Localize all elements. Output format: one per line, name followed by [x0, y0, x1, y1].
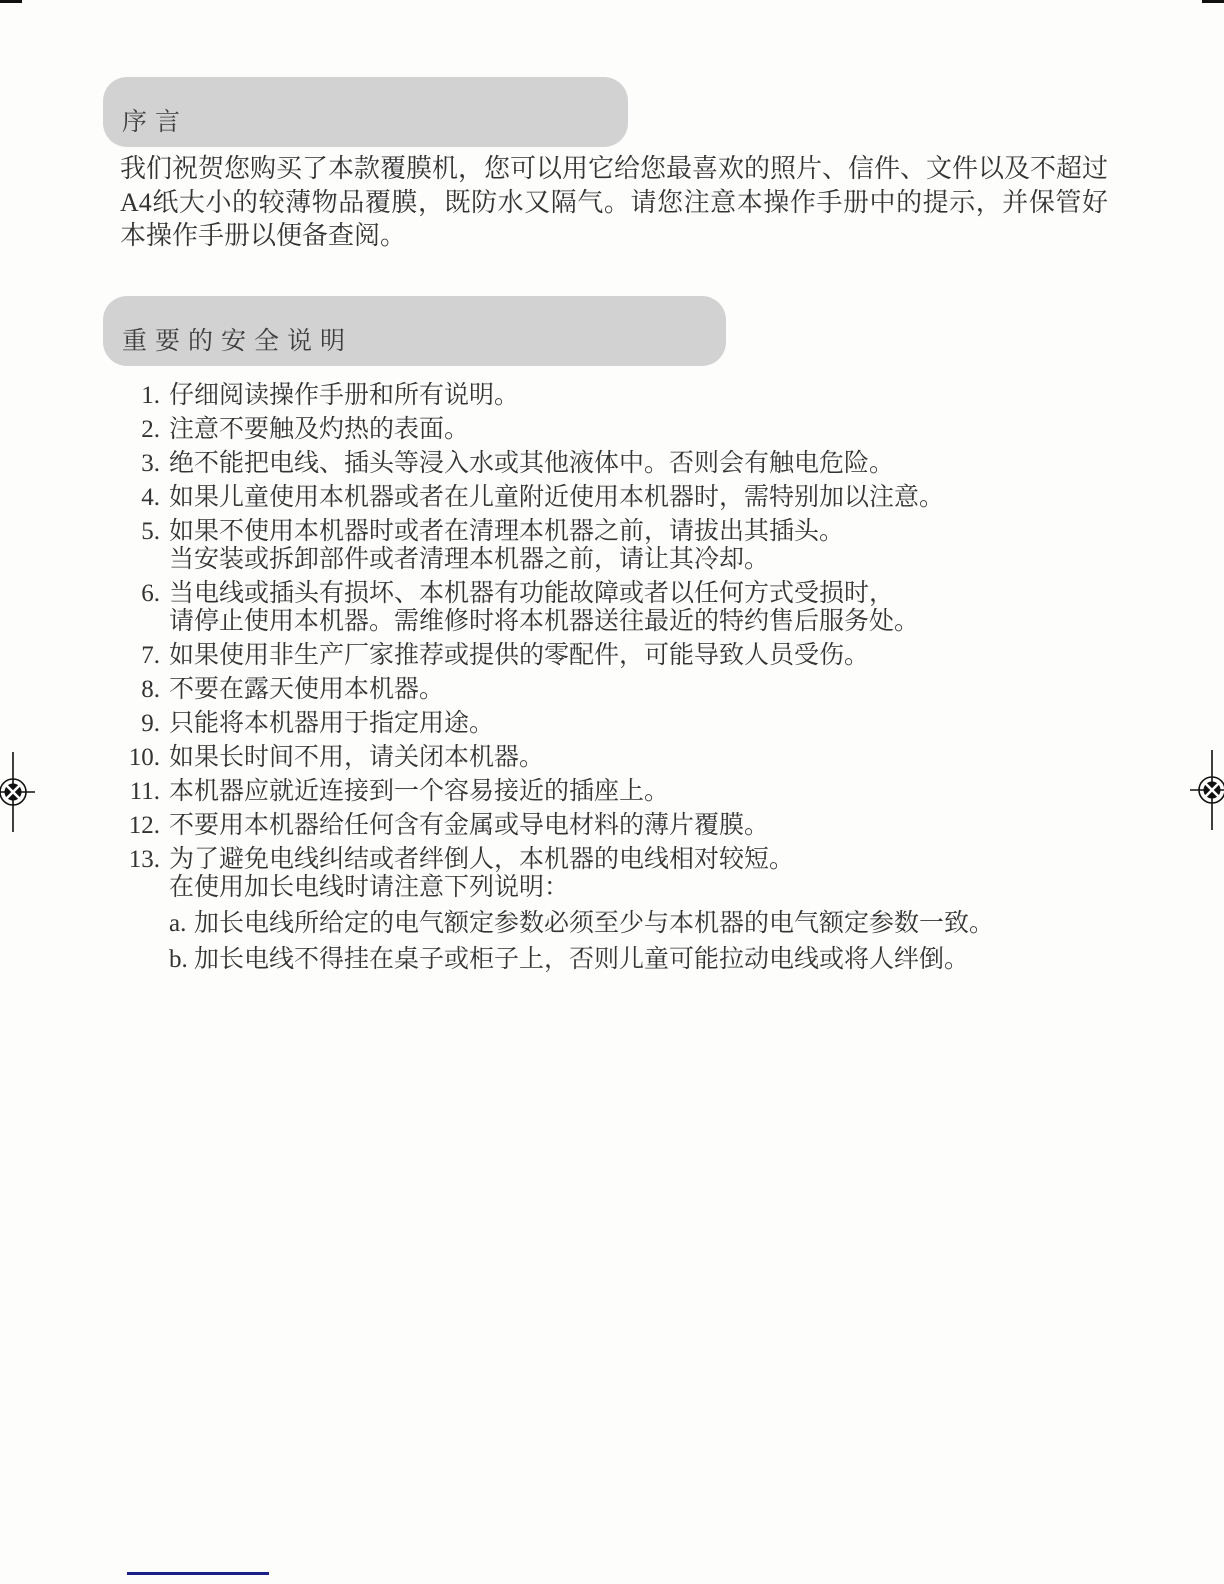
safety-item: 4.如果儿童使用本机器或者在儿童附近使用本机器时，需特别加以注意。 — [120, 484, 1110, 512]
item-line: 本机器应就近连接到一个容易接近的插座上。 — [169, 778, 1110, 806]
item-line: 如果不使用本机器时或者在清理本机器之前，请拔出其插头。 — [169, 518, 1110, 546]
item-text: 只能将本机器用于指定用途。 — [169, 710, 1110, 738]
item-text: 不要在露天使用本机器。 — [169, 676, 1110, 704]
item-text: 为了避免电线纠结或者绊倒人，本机器的电线相对较短。在使用加长电线时请注意下列说明… — [169, 846, 1110, 974]
safety-item: 8.不要在露天使用本机器。 — [120, 676, 1110, 704]
item-text: 当电线或插头有损坏、本机器有功能故障或者以任何方式受损时，请停止使用本机器。需维… — [169, 580, 1110, 636]
safety-section-header: 重要的安全说明 — [103, 296, 726, 366]
subitem-letter: b. — [169, 946, 194, 974]
item-line: 只能将本机器用于指定用途。 — [169, 710, 1110, 738]
item-line: 如果儿童使用本机器或者在儿童附近使用本机器时，需特别加以注意。 — [169, 484, 1110, 512]
safety-item: 12.不要用本机器给任何含有金属或导电材料的薄片覆膜。 — [120, 812, 1110, 840]
safety-item: 2.注意不要触及灼热的表面。 — [120, 416, 1110, 444]
safety-title: 重要的安全说明 — [122, 329, 353, 354]
item-text: 本机器应就近连接到一个容易接近的插座上。 — [169, 778, 1110, 806]
crop-tick-left — [0, 0, 22, 3]
item-line: 绝不能把电线、插头等浸入水或其他液体中。否则会有触电危险。 — [169, 450, 1110, 478]
item-line: 请停止使用本机器。需维修时将本机器送往最近的特约售后服务处。 — [169, 608, 1110, 636]
safety-subitem: b.加长电线不得挂在桌子或柜子上，否则儿童可能拉动电线或将人绊倒。 — [169, 946, 1110, 974]
safety-item: 10.如果长时间不用，请关闭本机器。 — [120, 744, 1110, 772]
item-line: 不要用本机器给任何含有金属或导电材料的薄片覆膜。 — [169, 812, 1110, 840]
safety-item: 9.只能将本机器用于指定用途。 — [120, 710, 1110, 738]
subitem-letter: a. — [169, 910, 194, 938]
preface-paragraph: 我们祝贺您购买了本款覆膜机，您可以用它给您最喜欢的照片、信件、文件以及不超过A4… — [120, 152, 1108, 253]
safety-item: 11.本机器应就近连接到一个容易接近的插座上。 — [120, 778, 1110, 806]
item-text: 如果不使用本机器时或者在清理本机器之前，请拔出其插头。当安装或拆卸部件或者清理本… — [169, 518, 1110, 574]
item-text: 绝不能把电线、插头等浸入水或其他液体中。否则会有触电危险。 — [169, 450, 1110, 478]
item-line: 如果使用非生产厂家推荐或提供的零配件，可能导致人员受伤。 — [169, 642, 1110, 670]
item-text: 如果使用非生产厂家推荐或提供的零配件，可能导致人员受伤。 — [169, 642, 1110, 670]
item-number: 13. — [120, 846, 160, 974]
item-text: 注意不要触及灼热的表面。 — [169, 416, 1110, 444]
registration-mark-icon — [1182, 745, 1224, 835]
safety-instructions-list: 1.仔细阅读操作手册和所有说明。2.注意不要触及灼热的表面。3.绝不能把电线、插… — [120, 382, 1110, 980]
safety-item: 3.绝不能把电线、插头等浸入水或其他液体中。否则会有触电危险。 — [120, 450, 1110, 478]
item-text: 如果儿童使用本机器或者在儿童附近使用本机器时，需特别加以注意。 — [169, 484, 1110, 512]
item-line: 仔细阅读操作手册和所有说明。 — [169, 382, 1110, 410]
item-line: 不要在露天使用本机器。 — [169, 676, 1110, 704]
safety-item: 5.如果不使用本机器时或者在清理本机器之前，请拔出其插头。当安装或拆卸部件或者清… — [120, 518, 1110, 574]
item-number: 7. — [120, 642, 160, 670]
safety-item: 13.为了避免电线纠结或者绊倒人，本机器的电线相对较短。在使用加长电线时请注意下… — [120, 846, 1110, 974]
item-line: 注意不要触及灼热的表面。 — [169, 416, 1110, 444]
item-line: 当安装或拆卸部件或者清理本机器之前，请让其冷却。 — [169, 546, 1110, 574]
item-number: 4. — [120, 484, 160, 512]
subitem-text: 加长电线所给定的电气额定参数必须至少与本机器的电气额定参数一致。 — [194, 910, 1110, 938]
registration-mark-icon — [0, 747, 43, 837]
item-number: 11. — [120, 778, 160, 806]
subitem-text: 加长电线不得挂在桌子或柜子上，否则儿童可能拉动电线或将人绊倒。 — [194, 946, 1110, 974]
item-number: 5. — [120, 518, 160, 574]
manual-page: 序言 我们祝贺您购买了本款覆膜机，您可以用它给您最喜欢的照片、信件、文件以及不超… — [0, 0, 1224, 1584]
item-number: 9. — [120, 710, 160, 738]
safety-item: 1.仔细阅读操作手册和所有说明。 — [120, 382, 1110, 410]
safety-item: 6.当电线或插头有损坏、本机器有功能故障或者以任何方式受损时，请停止使用本机器。… — [120, 580, 1110, 636]
safety-subitem: a.加长电线所给定的电气额定参数必须至少与本机器的电气额定参数一致。 — [169, 910, 1110, 938]
item-line: 在使用加长电线时请注意下列说明： — [169, 874, 1110, 902]
item-text: 如果长时间不用，请关闭本机器。 — [169, 744, 1110, 772]
item-text: 不要用本机器给任何含有金属或导电材料的薄片覆膜。 — [169, 812, 1110, 840]
item-line: 为了避免电线纠结或者绊倒人，本机器的电线相对较短。 — [169, 846, 1110, 874]
footer-rule — [127, 1572, 269, 1575]
preface-section-header: 序言 — [103, 77, 628, 147]
item-number: 2. — [120, 416, 160, 444]
item-number: 3. — [120, 450, 160, 478]
crop-tick-right — [1202, 0, 1224, 3]
item-line: 当电线或插头有损坏、本机器有功能故障或者以任何方式受损时， — [169, 580, 1110, 608]
item-number: 1. — [120, 382, 160, 410]
item-number: 10. — [120, 744, 160, 772]
item-number: 8. — [120, 676, 160, 704]
preface-title: 序言 — [122, 110, 188, 135]
item-line: 如果长时间不用，请关闭本机器。 — [169, 744, 1110, 772]
item-text: 仔细阅读操作手册和所有说明。 — [169, 382, 1110, 410]
item-number: 12. — [120, 812, 160, 840]
item-number: 6. — [120, 580, 160, 636]
safety-item: 7.如果使用非生产厂家推荐或提供的零配件，可能导致人员受伤。 — [120, 642, 1110, 670]
